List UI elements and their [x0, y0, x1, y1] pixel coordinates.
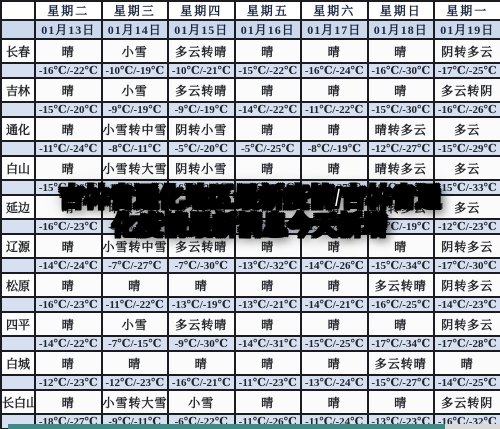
temp-cell: -16℃/-25℃: [368, 297, 435, 312]
temp-cell: -16℃/-26℃: [434, 102, 500, 117]
temp-cell: -15℃/-20℃: [35, 102, 102, 117]
weather-cell: 晴: [235, 117, 302, 141]
weather-cell: 晴: [301, 117, 368, 141]
temp-cell: -12℃/-23℃: [35, 375, 102, 390]
temp-cell: -5℃/-25℃: [235, 141, 302, 156]
temp-cell: -17℃/-34℃: [368, 336, 435, 351]
temp-cell: -15℃/-22℃: [235, 63, 302, 78]
weather-cell: 小雪: [102, 78, 169, 102]
city-temp-row: -11℃/-24℃-8℃/-11℃-5℃/-20℃-5℃/-25℃-8℃/-19…: [1, 141, 500, 156]
weather-cell: 晴: [168, 351, 235, 375]
city-name-spacer-cell: [1, 63, 35, 78]
temp-cell: -15℃/-29℃: [434, 141, 500, 156]
temp-cell: -13℃/-24℃: [301, 375, 368, 390]
bottom-corner-strip: [445, 424, 500, 429]
weather-cell: 阴转多云: [434, 312, 500, 336]
city-name-cell: 松原: [1, 273, 35, 297]
date-header-row: 01月13日01月14日01月15日01月16日01月17日01月18日01月1…: [1, 20, 500, 39]
city-temp-row: -16℃/-22℃-10℃/-19℃-10℃/-21℃-15℃/-22℃-16℃…: [1, 63, 500, 78]
temp-cell: -14℃/-26℃: [301, 258, 368, 273]
weather-cell: 小雪转中雪: [102, 117, 169, 141]
city-weather-row: 长白山晴小雪转大雪小雪晴晴晴多云转阴: [1, 390, 500, 414]
weather-cell: 晴: [235, 312, 302, 336]
weather-cell: 小雪转大雪: [102, 156, 169, 180]
weekday-header-cell: 星期六: [301, 1, 368, 20]
date-header-cell: 01月18日: [368, 20, 435, 39]
city-temp-row: -14℃/-22℃-7℃/-15℃-9℃/-30℃-14℃/-31℃-15℃/-…: [1, 336, 500, 351]
temp-cell: -8℃/-19℃: [301, 141, 368, 156]
weekday-header-cell: 星期一: [434, 1, 500, 20]
weather-cell: 晴: [35, 78, 102, 102]
temp-cell: -15℃/-30℃: [368, 102, 435, 117]
temp-cell: -11℃/-22℃: [102, 297, 169, 312]
weather-cell: 晴: [35, 390, 102, 414]
weather-cell: 晴: [235, 351, 302, 375]
city-weather-row: 松原晴晴晴晴晴多云转晴阴转多云: [1, 273, 500, 297]
temp-cell: -14℃/-24℃: [35, 258, 102, 273]
table-header: 星期二星期三星期四星期五星期六星期日星期一 01月13日01月14日01月15日…: [1, 1, 500, 39]
corner-cell: [1, 20, 35, 39]
weekday-header-row: 星期二星期三星期四星期五星期六星期日星期一: [1, 1, 500, 20]
weather-cell: 晴: [35, 312, 102, 336]
temp-cell: -16℃/-22℃: [35, 63, 102, 78]
headline-line-2: 化疫情最新消息今天新增: [0, 212, 500, 240]
weather-cell: 阴转小雪: [168, 156, 235, 180]
bottom-accent-bar: [8, 424, 445, 429]
city-name-cell: 通化: [1, 117, 35, 141]
temp-cell: -16℃/-23℃: [35, 297, 102, 312]
city-temp-row: -14℃/-24℃-7℃/-27℃-7℃/-30℃-13℃/-32℃-14℃/-…: [1, 258, 500, 273]
temp-cell: -9℃/-19℃: [168, 102, 235, 117]
weather-cell: 晴: [235, 39, 302, 63]
weather-cell: 多云转晴: [168, 39, 235, 63]
temp-cell: -9℃/-19℃: [102, 102, 169, 117]
city-name-cell: 吉林: [1, 78, 35, 102]
date-header-cell: 01月14日: [102, 20, 169, 39]
weather-cell: 晴: [235, 273, 302, 297]
temp-cell: -10℃/-19℃: [102, 63, 169, 78]
weather-cell: 晴: [168, 273, 235, 297]
weather-cell: 晴: [301, 156, 368, 180]
city-name-spacer-cell: [1, 141, 35, 156]
weather-cell: 晴: [301, 39, 368, 63]
weather-cell: 多云转晴: [168, 78, 235, 102]
temp-cell: -11℃/-24℃: [35, 141, 102, 156]
headline-line-1: 吉林省通化地区最新疫情/吉林省通: [0, 184, 500, 212]
temp-cell: -10℃/-21℃: [168, 63, 235, 78]
weather-cell: 晴: [301, 273, 368, 297]
weather-cell: 晴: [368, 78, 435, 102]
weather-cell: 晴: [35, 156, 102, 180]
weather-cell: 多云转晴: [368, 351, 435, 375]
temp-cell: -14℃/-23℃: [434, 297, 500, 312]
weather-cell: 阴转小雪: [168, 117, 235, 141]
weather-cell: 晴: [301, 312, 368, 336]
temp-cell: -17℃/-25℃: [434, 63, 500, 78]
weather-cell: 晴: [368, 312, 435, 336]
weather-cell: 晴: [301, 390, 368, 414]
city-name-spacer-cell: [1, 336, 35, 351]
weather-cell: 晴转多云: [368, 156, 435, 180]
weather-cell: 晴: [102, 351, 169, 375]
headline-overlay: 吉林省通化地区最新疫情/吉林省通 化疫情最新消息今天新增: [0, 184, 500, 240]
city-name-cell: 白城: [1, 351, 35, 375]
city-temp-row: -12℃/-23℃-12℃/-23℃-16℃/-21℃-11℃/-23℃-13℃…: [1, 375, 500, 390]
temp-cell: -14℃/-22℃: [235, 102, 302, 117]
temp-cell: -7℃/-30℃: [168, 258, 235, 273]
city-weather-row: 通化晴小雪转中雪阴转小雪晴晴晴转多云多云: [1, 117, 500, 141]
weather-cell: 晴: [368, 39, 435, 63]
weather-cell: 小雪转大雪: [102, 390, 169, 414]
city-name-cell: 长春: [1, 39, 35, 63]
city-temp-row: -16℃/-23℃-11℃/-22℃-13℃/-19℃-13℃/-21℃-14℃…: [1, 297, 500, 312]
weather-cell: 晴: [235, 156, 302, 180]
temp-cell: -15℃/-27℃: [368, 375, 435, 390]
weekday-header-cell: 星期二: [35, 1, 102, 20]
weather-cell: 晴: [35, 273, 102, 297]
temp-cell: -14℃/-31℃: [235, 336, 302, 351]
temp-cell: -14℃/-21℃: [301, 297, 368, 312]
city-weather-row: 吉林晴小雪多云转晴晴晴晴多云转阴: [1, 78, 500, 102]
weekday-header-cell: 星期四: [168, 1, 235, 20]
temp-cell: -16℃/-24℃: [301, 63, 368, 78]
temp-cell: -15℃/-25℃: [301, 336, 368, 351]
date-header-cell: 01月19日: [434, 20, 500, 39]
temp-cell: -7℃/-15℃: [102, 336, 169, 351]
temp-cell: -16℃/-30℃: [368, 63, 435, 78]
weather-cell: 小雪: [102, 39, 169, 63]
date-header-cell: 01月13日: [35, 20, 102, 39]
temp-cell: -16℃/-21℃: [168, 375, 235, 390]
weather-cell: 晴: [301, 78, 368, 102]
city-weather-row: 四平晴小雪多云转晴晴晴晴阴转多云: [1, 312, 500, 336]
weather-cell: 晴: [35, 351, 102, 375]
city-name-spacer-cell: [1, 375, 35, 390]
corner-cell: [1, 1, 35, 20]
weather-cell: 晴: [102, 273, 169, 297]
weather-cell: 小雪: [102, 312, 169, 336]
temp-cell: -12℃/-23℃: [102, 375, 169, 390]
weather-cell: 多云转阴: [434, 78, 500, 102]
date-header-cell: 01月17日: [301, 20, 368, 39]
city-name-cell: 四平: [1, 312, 35, 336]
weather-cell: 晴: [35, 117, 102, 141]
temp-cell: -11℃/-23℃: [235, 375, 302, 390]
weather-cell: 小雪: [168, 390, 235, 414]
city-name-cell: 长白山: [1, 390, 35, 414]
city-weather-row: 白山晴小雪转大雪阴转小雪晴晴晴转多云多云: [1, 156, 500, 180]
temp-cell: -12℃/-27℃: [368, 141, 435, 156]
temp-cell: -14℃/-22℃: [35, 336, 102, 351]
weekday-header-cell: 星期三: [102, 1, 169, 20]
weather-cell: 晴: [35, 39, 102, 63]
city-temp-row: -15℃/-20℃-9℃/-19℃-9℃/-19℃-14℃/-22℃-11℃/-…: [1, 102, 500, 117]
city-name-spacer-cell: [1, 297, 35, 312]
weather-cell: 多云: [434, 117, 500, 141]
temp-cell: -14℃/-25℃: [434, 375, 500, 390]
weather-cell: 多云转晴: [368, 273, 435, 297]
temp-cell: -5℃/-20℃: [168, 141, 235, 156]
weekday-header-cell: 星期日: [368, 1, 435, 20]
weather-cell: 晴: [434, 351, 500, 375]
temp-cell: -15℃/-34℃: [368, 258, 435, 273]
city-name-spacer-cell: [1, 102, 35, 117]
temp-cell: -17℃/-30℃: [434, 258, 500, 273]
temp-cell: -13℃/-21℃: [235, 297, 302, 312]
weather-cell: 多云转阴: [434, 390, 500, 414]
temp-cell: -13℃/-19℃: [168, 297, 235, 312]
date-header-cell: 01月16日: [235, 20, 302, 39]
city-name-cell: 白山: [1, 156, 35, 180]
temp-cell: -13℃/-32℃: [235, 258, 302, 273]
weather-cell: 阴转多云: [434, 39, 500, 63]
weekday-header-cell: 星期五: [235, 1, 302, 20]
temp-cell: -17℃/-28℃: [434, 336, 500, 351]
city-weather-row: 长春晴小雪多云转晴晴晴晴阴转多云: [1, 39, 500, 63]
weather-cell: 阴转多云: [434, 273, 500, 297]
date-header-cell: 01月15日: [168, 20, 235, 39]
temp-cell: -9℃/-30℃: [168, 336, 235, 351]
weather-cell: 晴: [368, 390, 435, 414]
weather-cell: 晴: [301, 351, 368, 375]
weather-cell: 晴: [235, 78, 302, 102]
city-name-spacer-cell: [1, 258, 35, 273]
weather-cell: 晴: [235, 390, 302, 414]
city-weather-row: 白城晴晴晴晴晴多云转晴晴: [1, 351, 500, 375]
temp-cell: -11℃/-22℃: [301, 102, 368, 117]
weather-cell: 多云转晴: [168, 312, 235, 336]
weather-forecast-screen: 星期二星期三星期四星期五星期六星期日星期一 01月13日01月14日01月15日…: [0, 0, 500, 429]
weather-cell: 晴转多云: [368, 117, 435, 141]
temp-cell: -7℃/-27℃: [102, 258, 169, 273]
weather-cell: 多云: [434, 156, 500, 180]
temp-cell: -8℃/-11℃: [102, 141, 169, 156]
